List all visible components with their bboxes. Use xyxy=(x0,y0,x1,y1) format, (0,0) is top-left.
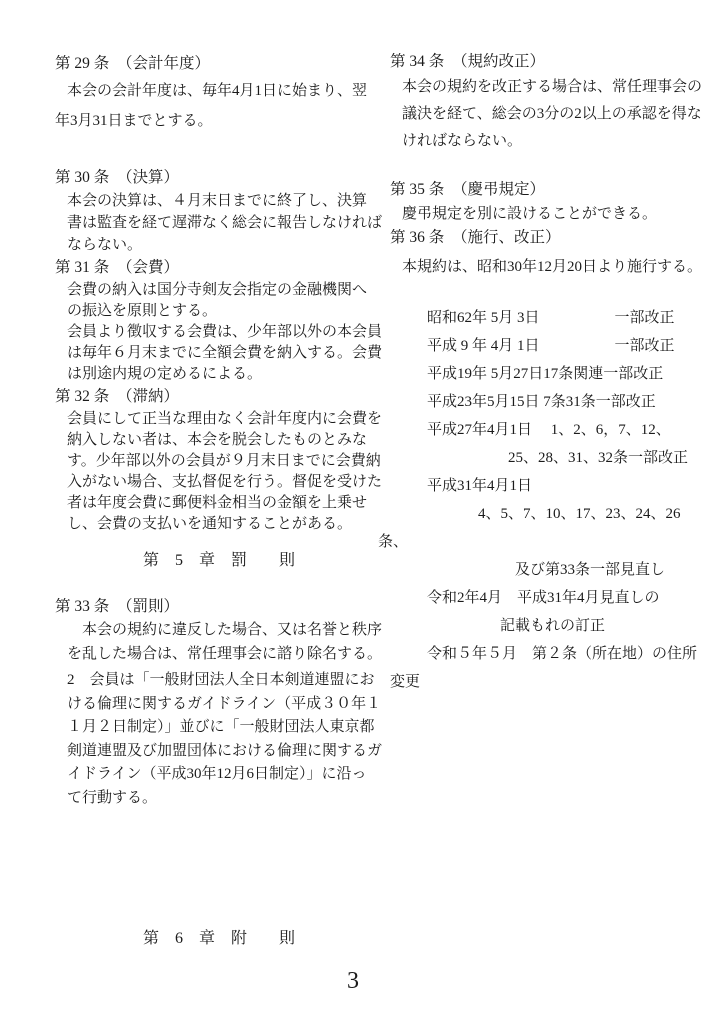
article-33-heading: 第 33 条 （罰則） xyxy=(55,595,387,619)
article-31-line: の振込を原則とする。 xyxy=(67,301,387,322)
amendment-history-line: 変更 xyxy=(390,668,722,696)
article-32-line: 納入しない者は、本会を脱会したものとみな xyxy=(67,430,387,451)
amendment-history-line: 令和2年4月 平成31年4月見直しの xyxy=(390,584,722,612)
article-30-body: 本会の決算は、４月末日までに終了し、決算 書は監査を経て遅滞なく総会に報告しなけ… xyxy=(55,190,387,256)
article-29-heading: 第 29 条 （会計年度） xyxy=(55,52,387,76)
article-35-heading: 第 35 条 （慶弔規定） xyxy=(390,178,722,202)
article-31-line: 会員より徴収する会費は、少年部以外の本会員 xyxy=(67,322,387,343)
article-29-line: 本会の会計年度は、毎年4月1日に始まり、翌 xyxy=(67,76,387,106)
article-31-line: は別途内規の定めるによる。 xyxy=(67,364,387,385)
page-number: 3 xyxy=(347,968,359,995)
article-31: 第 31 条 （会費） 会費の納入は国分寺剣友会指定の金融機関へ の振込を原則と… xyxy=(55,256,387,385)
article-32-line: し、会費の支払いを通知することがある。 xyxy=(67,514,387,535)
amendment-history-line: 及び第33条一部見直し xyxy=(390,556,722,584)
article-30-line: ならない。 xyxy=(67,234,387,256)
amendment-history-line: 平成23年5月15日 7条31条一部改正 xyxy=(390,388,722,416)
article-32-line: 入がない場合、支払督促を行う。督促を受けた xyxy=(67,472,387,493)
article-33-line: イドライン（平成30年12月6日制定）」に沿っ xyxy=(67,763,387,787)
article-30-heading: 第 30 条 （決算） xyxy=(55,166,387,190)
amendment-history-line: 平成 9 年 4月 1日 一部改正 xyxy=(390,332,722,360)
article-33-line: を乱した場合は、常任理事会に諮り除名する。 xyxy=(67,643,387,667)
article-34-line: ければならない。 xyxy=(402,128,722,155)
article-31-body: 会費の納入は国分寺剣友会指定の金融機関へ の振込を原則とする。 会員より徴収する… xyxy=(55,280,387,385)
article-31-line: は毎年６月末までに全額会費を納入する。会費 xyxy=(67,343,387,364)
article-33-line: 2 会員は「一般財団法人全日本剣道連盟にお xyxy=(67,669,387,693)
article-32-heading: 第 32 条 （滞納） xyxy=(55,385,387,409)
amendment-history-line: 条、 xyxy=(378,528,722,556)
amendment-history-line: 令和５年５月 第２条（所在地）の住所 xyxy=(390,640,722,668)
article-33-para1: 本会の規約に違反した場合、又は名誉と秩序 を乱した場合は、常任理事会に諮り除名す… xyxy=(55,619,387,666)
article-33-line: 剣道連盟及び加盟団体における倫理に関するガ xyxy=(67,740,387,764)
article-32-line: 会員にして正当な理由なく会計年度内に会費を xyxy=(67,409,387,430)
amendment-history-line: 平成27年4月1日 1、2、6，7、12、 xyxy=(390,416,722,444)
article-34-heading: 第 34 条 （規約改正） xyxy=(390,50,722,74)
left-column: 第 29 条 （会計年度） 本会の会計年度は、毎年4月1日に始まり、翌 年3月3… xyxy=(55,52,387,810)
right-column: 第 34 条 （規約改正） 本会の規約を改正する場合は、常任理事会の 議決を経て… xyxy=(390,50,722,696)
article-32-body: 会員にして正当な理由なく会計年度内に会費を 納入しない者は、本会を脱会したものと… xyxy=(55,409,387,535)
article-33-line: １月２日制定）」並びに「一般財団法人東京都 xyxy=(67,716,387,740)
amendment-history-line: 平成31年4月1日 xyxy=(390,472,722,500)
article-30: 第 30 条 （決算） 本会の決算は、４月末日までに終了し、決算 書は監査を経て… xyxy=(55,166,387,256)
article-35-line: 慶弔規定を別に設けることができる。 xyxy=(402,202,722,226)
article-34-line: 本会の規約を改正する場合は、常任理事会の xyxy=(402,74,722,101)
article-30-line: 本会の決算は、４月末日までに終了し、決算 xyxy=(67,190,387,212)
amendment-history-line: 記載もれの訂正 xyxy=(390,612,722,640)
article-36-line: 本規約は、昭和30年12月20日より施行する。 xyxy=(402,255,722,279)
article-29-line: 年3月31日までとする。 xyxy=(55,106,387,136)
chapter-5-heading: 第 5 章 罰 則 xyxy=(55,549,387,573)
article-35-body: 慶弔規定を別に設けることができる。 xyxy=(390,202,722,226)
article-32-line: 者は年度会費に郵便料金相当の金額を上乗せ xyxy=(67,493,387,514)
article-33-line: 本会の規約に違反した場合、又は名誉と秩序 xyxy=(67,619,387,643)
article-36-heading: 第 36 条 （施行、改正） xyxy=(390,226,722,250)
article-34-line: 議決を経て、総会の3分の2以上の承認を得な xyxy=(402,101,722,128)
article-31-line: 会費の納入は国分寺剣友会指定の金融機関へ xyxy=(67,280,387,301)
amendment-history: 昭和62年 5月 3日 一部改正 平成 9 年 4月 1日 一部改正 平成19年… xyxy=(390,304,722,696)
amendment-history-line: 25、28、31、32条一部改正 xyxy=(390,444,722,472)
amendment-history-line: 昭和62年 5月 3日 一部改正 xyxy=(390,304,722,332)
article-34: 第 34 条 （規約改正） 本会の規約を改正する場合は、常任理事会の 議決を経て… xyxy=(390,50,722,155)
article-33: 第 33 条 （罰則） 本会の規約に違反した場合、又は名誉と秩序 を乱した場合は… xyxy=(55,595,387,810)
article-32-line: す。少年部以外の会員が９月末日までに会費納 xyxy=(67,451,387,472)
article-36-body: 本規約は、昭和30年12月20日より施行する。 xyxy=(390,255,722,279)
article-35: 第 35 条 （慶弔規定） 慶弔規定を別に設けることができる。 xyxy=(390,178,722,226)
amendment-history-line: 4、5、7、10、17、23、24、26 xyxy=(390,500,722,528)
article-31-heading: 第 31 条 （会費） xyxy=(55,256,387,280)
article-32: 第 32 条 （滞納） 会員にして正当な理由なく会計年度内に会費を 納入しない者… xyxy=(55,385,387,535)
chapter-6-heading: 第 6 章 附 則 xyxy=(143,925,295,948)
article-33-para2: 2 会員は「一般財団法人全日本剣道連盟にお ける倫理に関するガイドライン（平成３… xyxy=(55,669,387,810)
article-30-line: 書は監査を経て遅滞なく総会に報告しなければ xyxy=(67,212,387,234)
article-34-body: 本会の規約を改正する場合は、常任理事会の 議決を経て、総会の3分の2以上の承認を… xyxy=(390,74,722,155)
document-page: 第 29 条 （会計年度） 本会の会計年度は、毎年4月1日に始まり、翌 年3月3… xyxy=(0,0,724,1024)
article-33-line: ける倫理に関するガイドライン（平成３０年１ xyxy=(67,693,387,717)
article-29-body: 本会の会計年度は、毎年4月1日に始まり、翌 年3月31日までとする。 xyxy=(55,76,387,136)
article-33-line: て行動する。 xyxy=(67,787,387,811)
article-29: 第 29 条 （会計年度） 本会の会計年度は、毎年4月1日に始まり、翌 年3月3… xyxy=(55,52,387,136)
amendment-history-line: 平成19年 5月27日17条関連一部改正 xyxy=(390,360,722,388)
article-36: 第 36 条 （施行、改正） 本規約は、昭和30年12月20日より施行する。 xyxy=(390,226,722,279)
